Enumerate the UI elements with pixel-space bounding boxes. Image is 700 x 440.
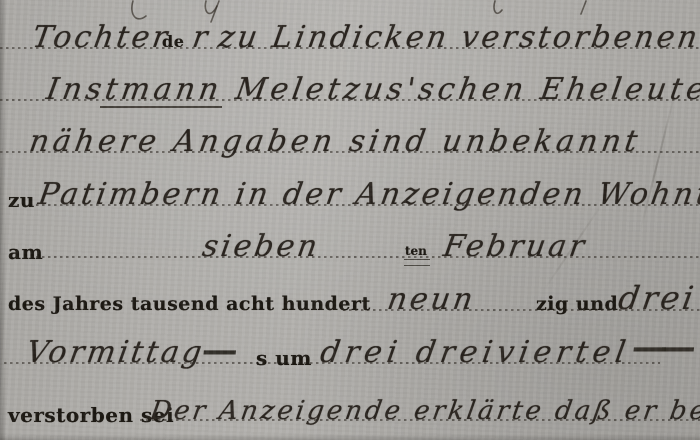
handwritten-day-number: sieben	[200, 229, 323, 264]
printed-label-de: de	[162, 32, 184, 51]
handwritten-declaration: Der Anzeigende erklärte daß er bei d	[148, 396, 700, 426]
printed-label-zu: zu	[8, 188, 35, 212]
handwritten-time-of-death: drei dreiviertel	[318, 335, 633, 370]
printed-label-year-prefix: des Jahres tausend acht hundert	[8, 293, 371, 315]
ten-underline-mark	[404, 259, 430, 266]
handwritten-year-tens: neun	[385, 282, 478, 317]
printed-suffix-s-um: s um	[256, 346, 312, 370]
handwritten-month: Februar	[441, 229, 590, 264]
dotted-writing-line	[36, 256, 700, 258]
scan-edge-shadow	[0, 0, 6, 440]
name-underline-mark	[100, 106, 222, 108]
printed-label-am: am	[8, 240, 43, 264]
handwritten-word-tochter: Tochter	[30, 20, 173, 55]
scan-edge-shadow	[0, 434, 700, 440]
handwritten-dash-line-end: ——	[630, 326, 690, 368]
handwritten-daypart: Vormittag	[24, 335, 207, 370]
handwritten-phrase-parents: Instmann Meletzus'schen Eheleuten	[44, 72, 700, 107]
handwritten-year-ones: drei	[616, 279, 699, 317]
scanned-death-record-page: Tochter de r zu Lindicken verstorbenen I…	[0, 0, 700, 440]
printed-suffix-ten: ten	[405, 244, 427, 258]
handwritten-place-of-death: Patimbern in der Anzeigenden Wohnung	[36, 177, 700, 212]
handwritten-phrase-unknown-details: nähere Angaben sind unbekannt	[27, 124, 644, 159]
handwritten-phrase-zu-lindicken: zu Lindicken verstorbenen	[216, 20, 700, 55]
handwritten-dash: —	[200, 329, 240, 371]
printed-label-zig-und: zig und	[536, 293, 618, 315]
